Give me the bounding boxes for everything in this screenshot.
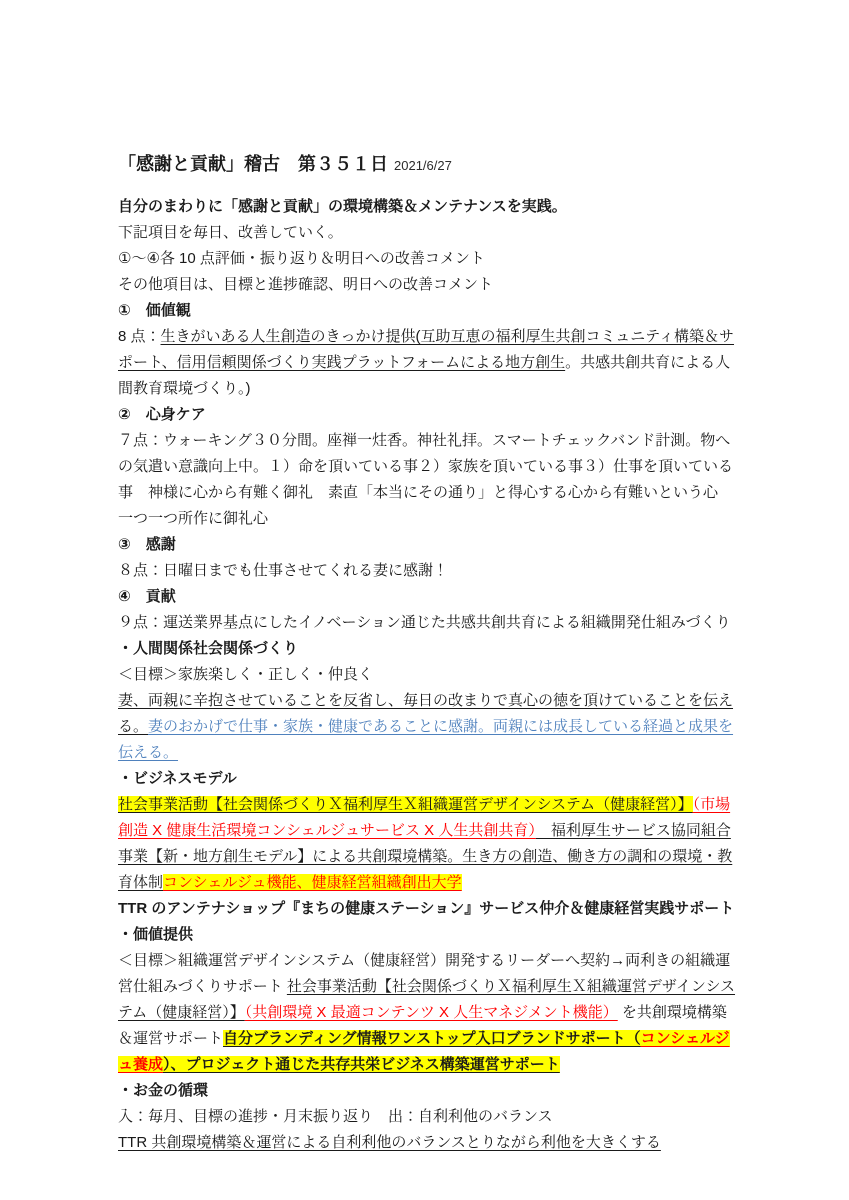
ttr-balance-line-run: TTR 共創環境構築＆運営による自利利他のバランスとりながら利他を大きくする [118, 1134, 661, 1151]
section-heading-value-offering-run: ・価値提供 [118, 926, 193, 943]
other-items-rule-line: その他項目は、目標と進捗確認、明日への改善コメント [118, 272, 739, 298]
item4-score-text-run: ９点：運送業界基点にしたイノベーション通じた共感共創共育による組織開発仕組みづく… [118, 614, 731, 631]
relationships-goal-line: ＜目標＞家族楽しく・正しく・仲良く [118, 662, 739, 688]
item3-score-text-run: ８点：日曜日までも仕事させてくれる妻に感謝！ [118, 562, 448, 579]
business-model-text: 社会事業活動【社会関係づくりＸ福利厚生Ｘ組織運営デザインシステム（健康経営）】（… [118, 792, 739, 896]
business-model-text-run: コンシェルジュ機能、健康経営組織創出大学 [163, 874, 462, 891]
section-heading-relationships: ・人間関係社会関係づくり [118, 636, 739, 662]
section-heading-business-model: ・ビジネスモデル [118, 766, 739, 792]
relationships-reflection-text: 妻、両親に辛抱させていることを反省し、毎日の改まりで真心の徳を頂けていることを伝… [118, 688, 739, 766]
item1-heading-values-run: ① 価値観 [118, 302, 191, 319]
item2-heading-mindbody-care-run: ② 心身ケア [118, 406, 206, 423]
ttr-antenna-shop-line: TTR のアンテナショップ『まちの健康ステーション』サービス仲介＆健康経営実践サ… [118, 896, 739, 922]
scoring-rule-line: ①～④各 10 点評価・振り返り＆明日への改善コメント [118, 246, 739, 272]
section-heading-money-circulation: ・お金の循環 [118, 1078, 739, 1104]
item1-heading-values: ① 価値観 [118, 298, 739, 324]
relationships-goal-line-run: ＜目標＞家族楽しく・正しく・仲良く [118, 666, 373, 683]
item1-score-text: 8 点：生きがいある人生創造のきっかけ提供(互助互恵の福利厚生共創コミュニティ構… [118, 324, 739, 402]
value-offering-text-run: 自分ブランディング情報ワンストップ入口ブランドサポート（ [223, 1030, 641, 1047]
item3-heading-gratitude: ③ 感謝 [118, 532, 739, 558]
money-in-out-line: 入：毎月、目標の進捗・月末振り返り 出：自利利他のバランス [118, 1104, 739, 1130]
other-items-rule-line-run: その他項目は、目標と進捗確認、明日への改善コメント [118, 276, 493, 293]
section-heading-relationships-run: ・人間関係社会関係づくり [118, 640, 298, 657]
daily-improvement-line-run: 下記項目を毎日、改善していく。 [118, 224, 343, 241]
item1-score-text-run: 8 点： [118, 328, 161, 345]
practice-summary-run: 自分のまわりに「感謝と貢献」の環境構築＆メンテナンスを実践。 [118, 198, 567, 215]
section-heading-value-offering: ・価値提供 [118, 922, 739, 948]
item2-heading-mindbody-care: ② 心身ケア [118, 402, 739, 428]
item2-score-text: ７点：ウォーキング３０分間。座禅一炷香。神社礼拝。スマートチェックバンド計測。物… [118, 428, 739, 532]
document-body: 自分のまわりに「感謝と貢献」の環境構築＆メンテナンスを実践。下記項目を毎日、改善… [118, 194, 739, 1156]
ttr-antenna-shop-line-run: TTR のアンテナショップ『まちの健康ステーション』サービス仲介＆健康経営実践サ… [118, 900, 734, 917]
item2-score-text-run: ７点：ウォーキング３０分間。座禅一炷香。神社礼拝。スマートチェックバンド計測。物… [118, 432, 733, 527]
practice-summary: 自分のまわりに「感謝と貢献」の環境構築＆メンテナンスを実践。 [118, 194, 739, 220]
item3-score-text: ８点：日曜日までも仕事させてくれる妻に感謝！ [118, 558, 739, 584]
business-model-text-run: 社会事業活動【社会関係づくりＸ福利厚生Ｘ組織運営デザインシステム（健康経営）】 [118, 796, 693, 813]
section-heading-money-circulation-run: ・お金の循環 [118, 1082, 208, 1099]
daily-improvement-line: 下記項目を毎日、改善していく。 [118, 220, 739, 246]
relationships-reflection-text-run: 妻のおかげで仕事・家族・健康であることに感謝。両親には成長している経過と成果を伝… [118, 718, 733, 761]
money-in-out-line-run: 入：毎月、目標の進捗・月末振り返り 出：自利利他のバランス [118, 1108, 553, 1125]
item3-heading-gratitude-run: ③ 感謝 [118, 536, 176, 553]
page-title-text: 「感謝と貢献」稽古 第３５１日 [118, 154, 388, 174]
item4-heading-contribution: ④ 貢献 [118, 584, 739, 610]
value-offering-text-run: ）、プロジェクト通じた共存共栄ビジネス構築運営サポート [163, 1056, 560, 1073]
item4-heading-contribution-run: ④ 貢献 [118, 588, 176, 605]
value-offering-text: ＜目標＞組織運営デザインシステム（健康経営）開発するリーダーへ契約→両利きの組織… [118, 948, 739, 1078]
item4-score-text: ９点：運送業界基点にしたイノベーション通じた共感共創共育による組織開発仕組みづく… [118, 610, 739, 636]
document-page: 「感謝と貢献」稽古 第３５１日2021/6/27 自分のまわりに「感謝と貢献」の… [0, 0, 849, 1200]
value-offering-text-run: （共創環境 X 最適コンテンツ X 人生マネジメント機能） [245, 1004, 618, 1021]
page-title: 「感謝と貢献」稽古 第３５１日2021/6/27 [118, 150, 739, 180]
document-content: 「感謝と貢献」稽古 第３５１日2021/6/27 自分のまわりに「感謝と貢献」の… [0, 0, 849, 1156]
scoring-rule-line-run: ①～④各 10 点評価・振り返り＆明日への改善コメント [118, 250, 485, 267]
page-title-date: 2021/6/27 [394, 158, 452, 173]
section-heading-business-model-run: ・ビジネスモデル [118, 770, 237, 787]
ttr-balance-line: TTR 共創環境構築＆運営による自利利他のバランスとりながら利他を大きくする [118, 1130, 739, 1156]
